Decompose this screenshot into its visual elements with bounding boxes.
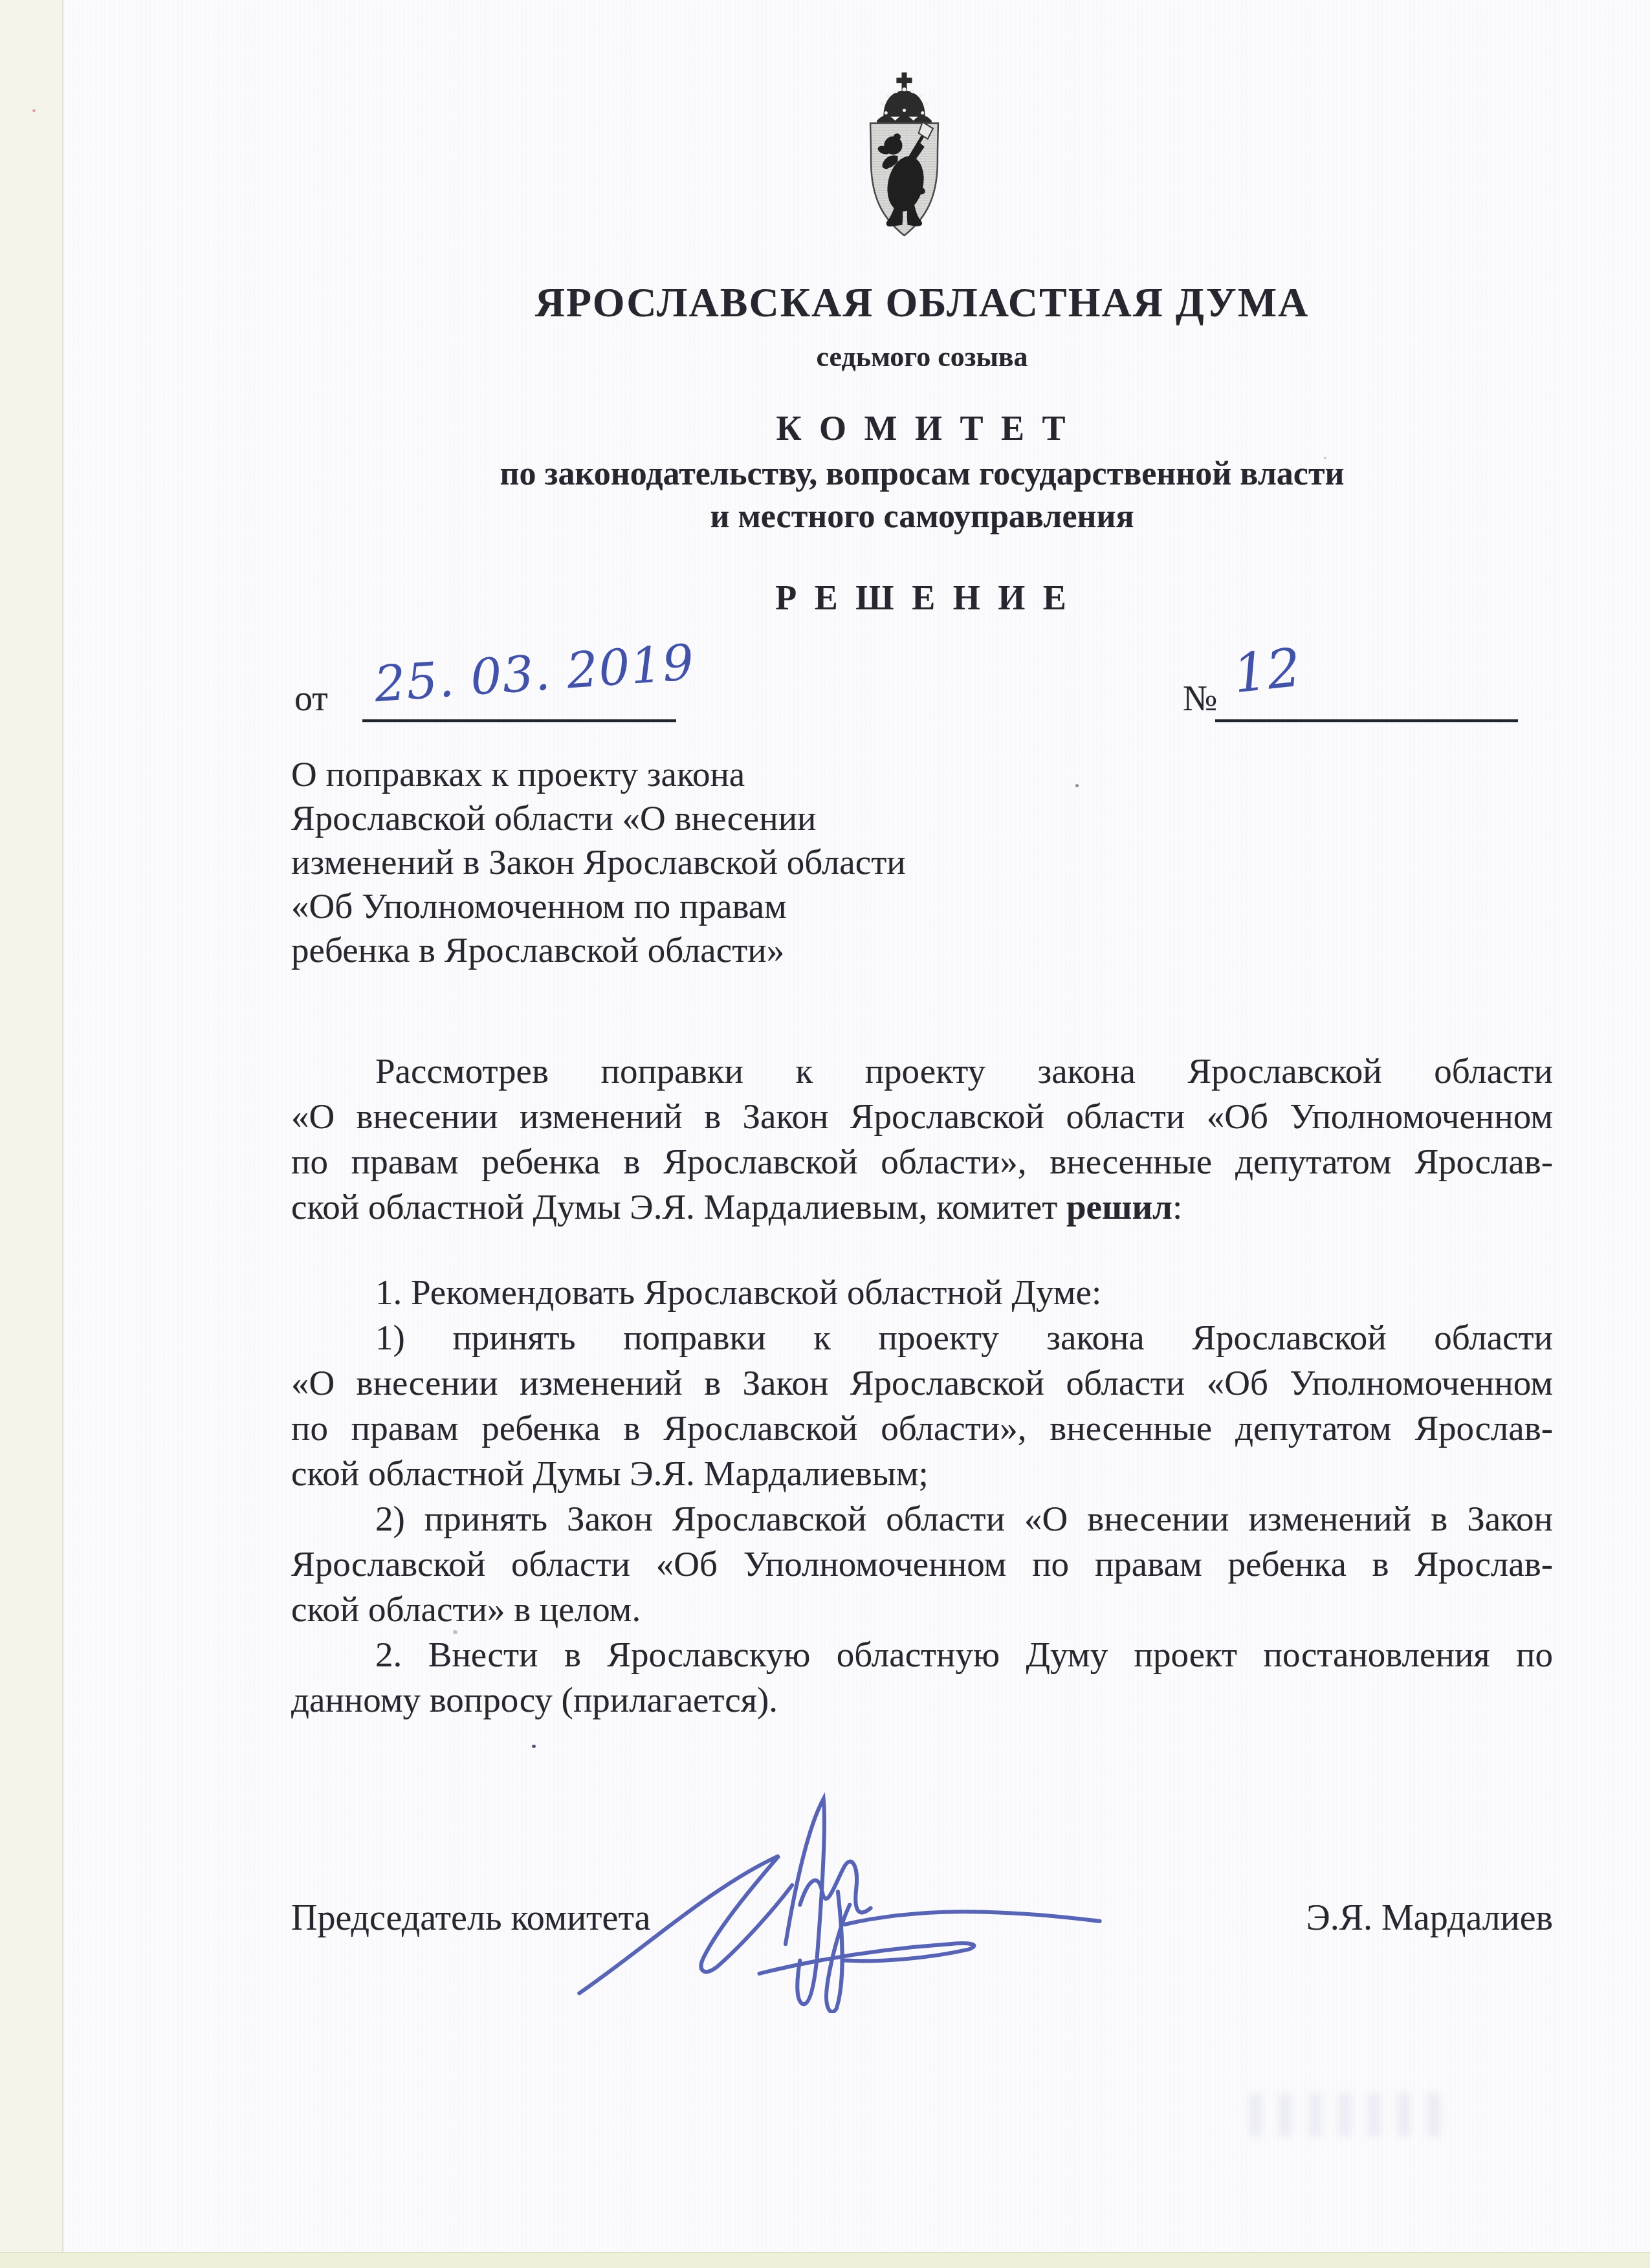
- body-line: Рассмотрев поправки к проекту закона Яро…: [291, 1049, 1553, 1094]
- body-text-segment: ской области» в целом.: [291, 1589, 641, 1629]
- body-line: ской областной Думы Э.Я. Мардалиевым, ко…: [291, 1184, 1553, 1230]
- crown-icon: [877, 72, 932, 126]
- body-line: 2. Внести в Ярославскую областную Думу п…: [291, 1632, 1553, 1677]
- body-text-segment: 2) принять Закон Ярославской области «О …: [375, 1499, 1553, 1538]
- body-text-segment: Ярославской области «Об Уполномоченном п…: [291, 1544, 1553, 1584]
- scanner-margin-left: [0, 0, 63, 2268]
- subject-line: ребенка в Ярославской области»: [291, 928, 1068, 972]
- body-text-segment: «О внесении изменений в Закон Ярославско…: [291, 1096, 1553, 1136]
- coat-of-arms-emblem: [857, 70, 951, 243]
- date-underline: [362, 719, 676, 722]
- body-text-segment: 2. Внести в Ярославскую областную Думу п…: [375, 1635, 1553, 1674]
- bleed-through-artifact: [1249, 2093, 1443, 2137]
- scan-speck: [1324, 457, 1326, 459]
- body-text-segment: данному вопросу (прилагается).: [291, 1680, 778, 1719]
- body-text-segment: :: [1172, 1187, 1182, 1227]
- subject-line: изменений в Закон Ярославской области: [291, 840, 1068, 884]
- subject-line: «Об Уполномоченном по правам: [291, 884, 1068, 928]
- scan-speck: [532, 1745, 536, 1748]
- body-text-segment: 1. Рекомендовать Ярославской областной Д…: [375, 1272, 1101, 1312]
- scan-speck: [32, 109, 36, 112]
- subject-block: О поправках к проекту законаЯрославской …: [291, 752, 1068, 972]
- scan-speck: [453, 1630, 457, 1634]
- body-line: по правам ребенка в Ярославской области»…: [291, 1406, 1553, 1451]
- committee-heading: К О М И Т Е Т: [291, 405, 1553, 452]
- number-label: №: [1183, 676, 1217, 721]
- handwritten-date: 25. 03. 2019: [372, 633, 696, 713]
- document-type-heading: Р Е Ш Е Н И Е: [291, 573, 1553, 622]
- body-block: Рассмотрев поправки к проекту закона Яро…: [291, 1049, 1553, 1723]
- yaroslavl-coat-of-arms-icon: [857, 70, 951, 239]
- handwritten-number: 12: [1230, 637, 1304, 705]
- committee-description-line1: по законодательству, вопросам государств…: [291, 453, 1553, 496]
- emphasized-word: решил: [1066, 1187, 1172, 1227]
- date-label: от: [294, 676, 328, 721]
- body-line: «О внесении изменений в Закон Ярославско…: [291, 1094, 1553, 1139]
- body-line: по правам ребенка в Ярославской области»…: [291, 1139, 1553, 1184]
- body-line: 1) принять поправки к проекту закона Яро…: [291, 1315, 1553, 1360]
- body-text-segment: ской областной Думы Э.Я. Мардалиевым, ко…: [291, 1187, 1066, 1227]
- scanned-document-page: ЯРОСЛАВСКАЯ ОБЛАСТНАЯ ДУМА седьмого созы…: [0, 0, 1650, 2268]
- body-line: Ярославской области «Об Уполномоченном п…: [291, 1542, 1553, 1587]
- paragraph-gap: [291, 1230, 1553, 1270]
- body-line: 2) принять Закон Ярославской области «О …: [291, 1496, 1553, 1542]
- signatory-name: Э.Я. Мардалиев: [1229, 1895, 1553, 1941]
- body-text-segment: по правам ребенка в Ярославской области»…: [291, 1408, 1553, 1448]
- body-line: «О внесении изменений в Закон Ярославско…: [291, 1360, 1553, 1406]
- body-text-segment: 1) принять поправки к проекту закона Яро…: [375, 1318, 1553, 1357]
- body-line: ской областной Думы Э.Я. Мардалиевым;: [291, 1451, 1553, 1496]
- body-text-segment: Рассмотрев поправки к проекту закона Яро…: [375, 1051, 1553, 1091]
- scanner-margin-bottom: [0, 2252, 1650, 2268]
- body-text-segment: ской областной Думы Э.Я. Мардалиевым;: [291, 1454, 929, 1493]
- subject-line: Ярославской области «О внесении: [291, 796, 1068, 840]
- body-text-segment: «О внесении изменений в Закон Ярославско…: [291, 1363, 1553, 1402]
- signature-scribble: [563, 1787, 1119, 2013]
- org-title: ЯРОСЛАВСКАЯ ОБЛАСТНАЯ ДУМА: [291, 279, 1553, 326]
- body-text-segment: по правам ребенка в Ярославской области»…: [291, 1142, 1553, 1181]
- number-underline: [1215, 719, 1518, 722]
- scan-speck: [1075, 784, 1079, 787]
- convocation-subtitle: седьмого созыва: [291, 338, 1553, 376]
- body-line: 1. Рекомендовать Ярославской областной Д…: [291, 1270, 1553, 1315]
- body-line: данному вопросу (прилагается).: [291, 1677, 1553, 1723]
- subject-line: О поправках к проекту закона: [291, 752, 1068, 796]
- committee-description-line2: и местного самоуправления: [291, 496, 1553, 538]
- body-line: ской области» в целом.: [291, 1587, 1553, 1632]
